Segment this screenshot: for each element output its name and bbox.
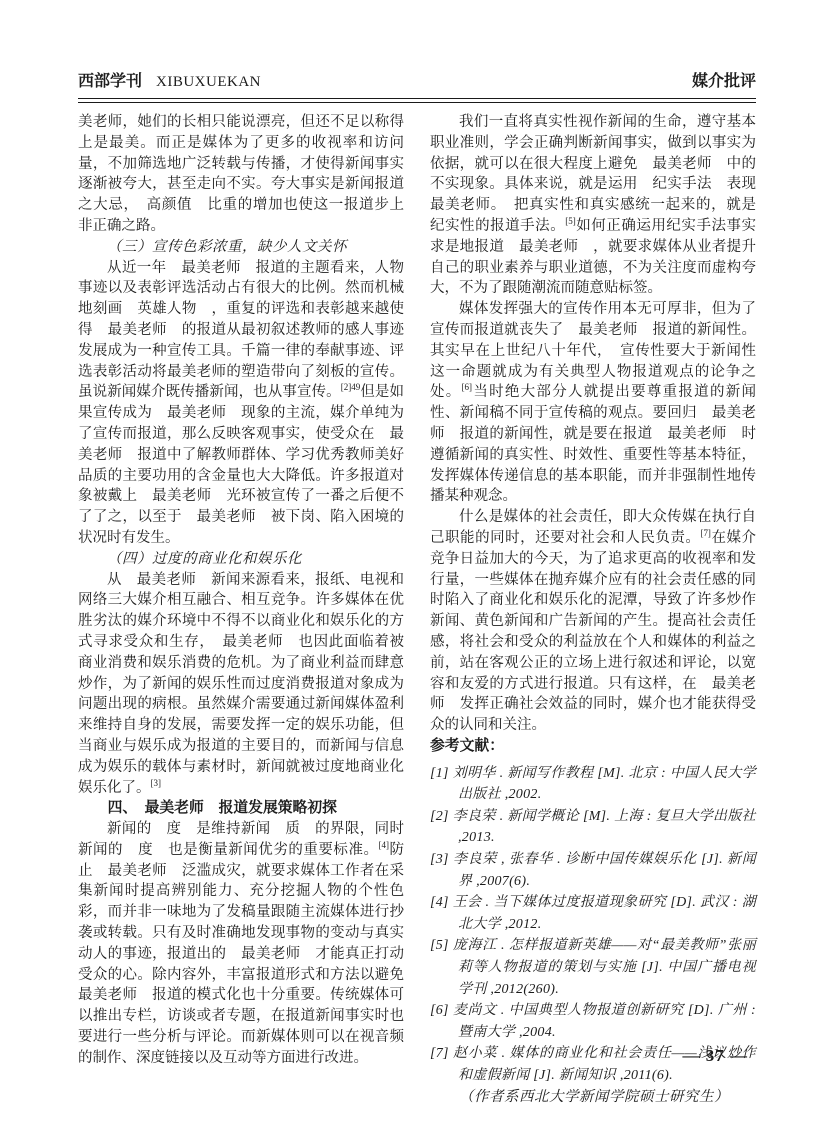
reference-item: [6] 麦尚文 . 中国典型人物报道创新研究 [D]. 广州 : 暨南大学 ,2…: [430, 1000, 756, 1043]
references-heading: 参考文献：: [430, 736, 756, 757]
reference-item: [5] 庞海江 . 怎样报道新英雄——对“最美教师”张丽莉等人物报道的策划与实施…: [430, 935, 756, 1000]
references-list: [1] 刘明华 . 新闻写作教程 [M]. 北京 : 中国人民大学出版社 ,20…: [430, 763, 756, 1087]
reference-item: [2] 李良荣 . 新闻学概论 [M]. 上海 : 复旦大学出版社 ,2013.: [430, 806, 756, 849]
journal-name-en: XIBUXUEKAN: [156, 74, 261, 91]
author-note: （作者系西北大学新闻学院硕士研究生）: [430, 1087, 756, 1108]
paragraph: 媒体发挥强大的宣传作用本无可厚非，但为了宣传而报道就丧失了 最美老师 报道的新闻…: [430, 299, 756, 507]
paragraph: 美老师，她们的长相只能说漂亮，但还不足以称得上是最美。而正是媒体为了更多的收视率…: [78, 112, 404, 237]
paragraph: 新闻的 度 是维持新闻 质 的界限，同时新闻的 度 也是衡量新闻优劣的重要标准。…: [78, 819, 404, 1069]
journal-name-cn: 西部学刊: [78, 68, 142, 91]
section-label: 媒介批评: [692, 68, 756, 91]
two-column-layout: 美老师，她们的长相只能说漂亮，但还不足以称得上是最美。而正是媒体为了更多的收视率…: [78, 112, 756, 1107]
section-heading-4: 四、 最美老师 报道发展策略初探: [78, 798, 404, 819]
left-column: 美老师，她们的长相只能说漂亮，但还不足以称得上是最美。而正是媒体为了更多的收视率…: [78, 112, 404, 1107]
paragraph: 从 最美老师 新闻来源看来，报纸、电视和网络三大媒介相互融合、相互竞争。许多媒体…: [78, 570, 404, 799]
reference-item: [4] 王会 . 当下媒体过度报道现象研究 [D]. 武汉 : 湖北大学 ,20…: [430, 892, 756, 935]
subsection-heading-3: （三）宣传色彩浓重，缺少人文关怀: [78, 237, 404, 258]
reference-item: [1] 刘明华 . 新闻写作教程 [M]. 北京 : 中国人民大学出版社 ,20…: [430, 763, 756, 806]
subsection-heading-4: （四）过度的商业化和娱乐化: [78, 549, 404, 570]
journal-header: 西部学刊 XIBUXUEKAN 媒介批评: [78, 68, 756, 98]
header-rule: [78, 98, 756, 103]
reference-item: [3] 李良荣 , 张春华 . 诊断中国传媒娱乐化 [J]. 新闻界 ,2007…: [430, 849, 756, 892]
page-body: 西部学刊 XIBUXUEKAN 媒介批评 美老师，她们的长相只能说漂亮，但还不足…: [78, 68, 756, 1107]
paragraph: 什么是媒体的社会责任，即大众传媒在执行自己职能的同时，还要对社会和人民负责。[7…: [430, 507, 756, 736]
page-number: — 37 —: [683, 1046, 749, 1066]
paragraph: 从近一年 最美老师 报道的主题看来，人物事迹以及表彰评选活动占有很大的比例。然而…: [78, 258, 404, 549]
paragraph: 我们一直将真实性视作新闻的生命，遵守基本职业准则，学会正确判断新闻事实，做到以事…: [430, 112, 756, 299]
right-column: 我们一直将真实性视作新闻的生命，遵守基本职业准则，学会正确判断新闻事实，做到以事…: [430, 112, 756, 1107]
